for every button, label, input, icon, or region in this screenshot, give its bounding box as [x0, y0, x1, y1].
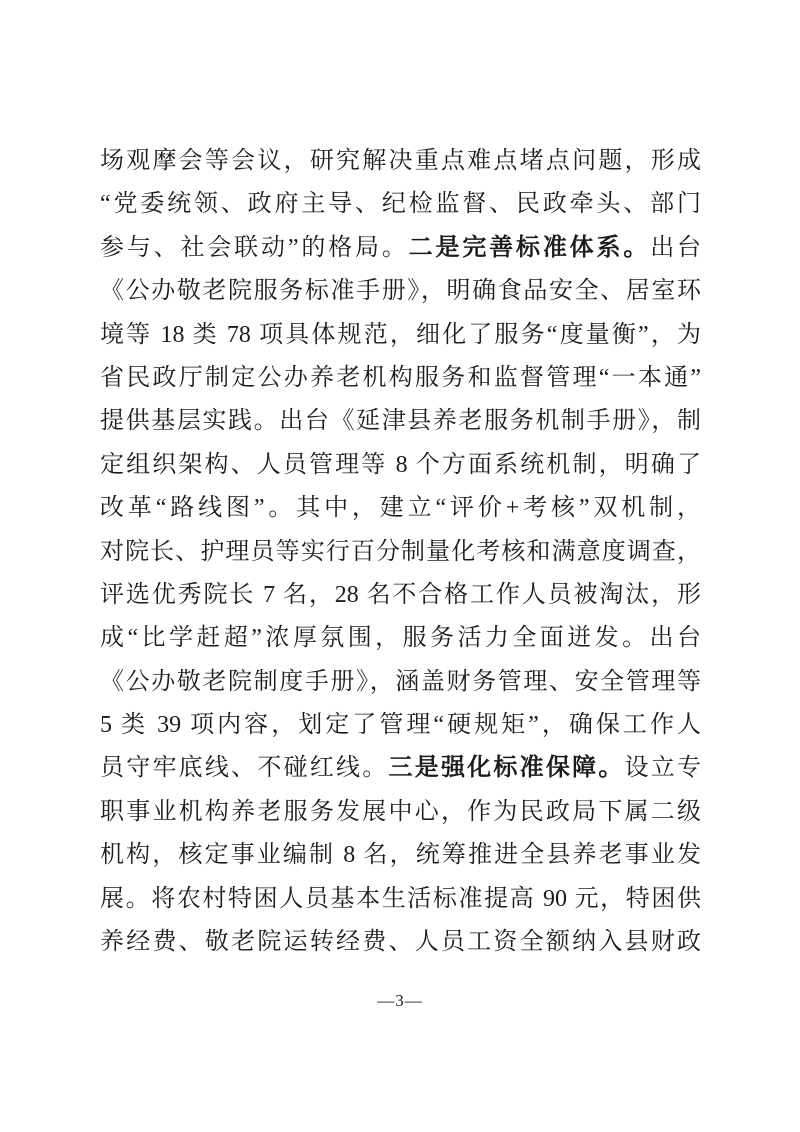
text-line: 养经费、敬老院运转经费、人员工资全额纳入县财政 [100, 921, 701, 964]
text-segment: 改革“路线图”。其中，建立“评价+考核”双机制， [100, 495, 701, 521]
text-segment: 成“比学赶超”浓厚氛围，服务活力全面迸发。出台 [100, 625, 701, 651]
text-line: 成“比学赶超”浓厚氛围，服务活力全面迸发。出台 [100, 617, 701, 660]
text-line: 员守牢底线、不碰红线。三是强化标准保障。设立专 [100, 747, 701, 790]
text-segment: 对院长、护理员等实行百分制量化考核和满意度调查， [100, 539, 701, 565]
text-segment: 机构，核定事业编制 8 名，统筹推进全县养老事业发 [100, 842, 701, 868]
text-segment: 出台 [650, 235, 701, 261]
page-number: —3— [0, 991, 800, 1011]
text-segment: 评选优秀院长 7 名，28 名不合格工作人员被淘汰，形 [100, 582, 701, 608]
text-segment: 《公办敬老院服务标准手册》，明确食品安全、居室环 [100, 278, 701, 304]
bold-heading-segment: 三是强化标准保障。 [389, 755, 625, 781]
text-line: 改革“路线图”。其中，建立“评价+考核”双机制， [100, 487, 701, 530]
text-segment: 5 类 39 项内容，划定了管理“硬规矩”，确保工作人 [100, 712, 701, 738]
text-segment: 提供基层实践。出台《延津县养老服务机制手册》，制 [100, 408, 701, 434]
text-line: “党委统领、政府主导、纪检监督、民政牵头、部门 [100, 183, 701, 226]
text-segment: 省民政厅制定公办养老机构服务和监督管理“一本通” [100, 365, 701, 391]
text-line: 职事业机构养老服务发展中心，作为民政局下属二级 [100, 791, 701, 834]
text-segment: 境等 18 类 78 项具体规范，细化了服务“度量衡”，为 [100, 322, 701, 348]
text-line: 境等 18 类 78 项具体规范，细化了服务“度量衡”，为 [100, 314, 701, 357]
text-segment: 员守牢底线、不碰红线。 [100, 755, 389, 781]
text-line: 机构，核定事业编制 8 名，统筹推进全县养老事业发 [100, 834, 701, 877]
text-line: 《公办敬老院服务标准手册》，明确食品安全、居室环 [100, 270, 701, 313]
text-segment: 《公办敬老院制度手册》，涵盖财务管理、安全管理等 [100, 669, 701, 695]
text-line: 定组织架构、人员管理等 8 个方面系统机制，明确了 [100, 444, 701, 487]
text-segment: 定组织架构、人员管理等 8 个方面系统机制，明确了 [100, 452, 701, 478]
text-segment: 设立专 [625, 755, 701, 781]
text-line: 评选优秀院长 7 名，28 名不合格工作人员被淘汰，形 [100, 574, 701, 617]
text-segment: 场观摩会等会议，研究解决重点难点堵点问题，形成 [100, 148, 701, 174]
text-segment: 职事业机构养老服务发展中心，作为民政局下属二级 [100, 799, 701, 825]
text-line: 省民政厅制定公办养老机构服务和监督管理“一本通” [100, 357, 701, 400]
text-segment: 参与、社会联动”的格局。 [100, 235, 409, 261]
text-segment: “党委统领、政府主导、纪检监督、民政牵头、部门 [100, 191, 701, 217]
text-line: 《公办敬老院制度手册》，涵盖财务管理、安全管理等 [100, 661, 701, 704]
text-line: 场观摩会等会议，研究解决重点难点堵点问题，形成 [100, 140, 701, 183]
text-line: 参与、社会联动”的格局。二是完善标准体系。出台 [100, 227, 701, 270]
text-segment: 展。将农村特困人员基本生活标准提高 90 元，特困供 [100, 886, 701, 912]
text-line: 展。将农村特困人员基本生活标准提高 90 元，特困供 [100, 878, 701, 921]
bold-heading-segment: 二是完善标准体系。 [409, 235, 651, 261]
text-line: 对院长、护理员等实行百分制量化考核和满意度调查， [100, 531, 701, 574]
document-body: 场观摩会等会议，研究解决重点难点堵点问题，形成“党委统领、政府主导、纪检监督、民… [100, 140, 701, 964]
text-segment: 养经费、敬老院运转经费、人员工资全额纳入县财政 [100, 929, 701, 955]
text-line: 5 类 39 项内容，划定了管理“硬规矩”，确保工作人 [100, 704, 701, 747]
document-page: 场观摩会等会议，研究解决重点难点堵点问题，形成“党委统领、政府主导、纪检监督、民… [0, 0, 800, 1132]
text-line: 提供基层实践。出台《延津县养老服务机制手册》，制 [100, 400, 701, 443]
